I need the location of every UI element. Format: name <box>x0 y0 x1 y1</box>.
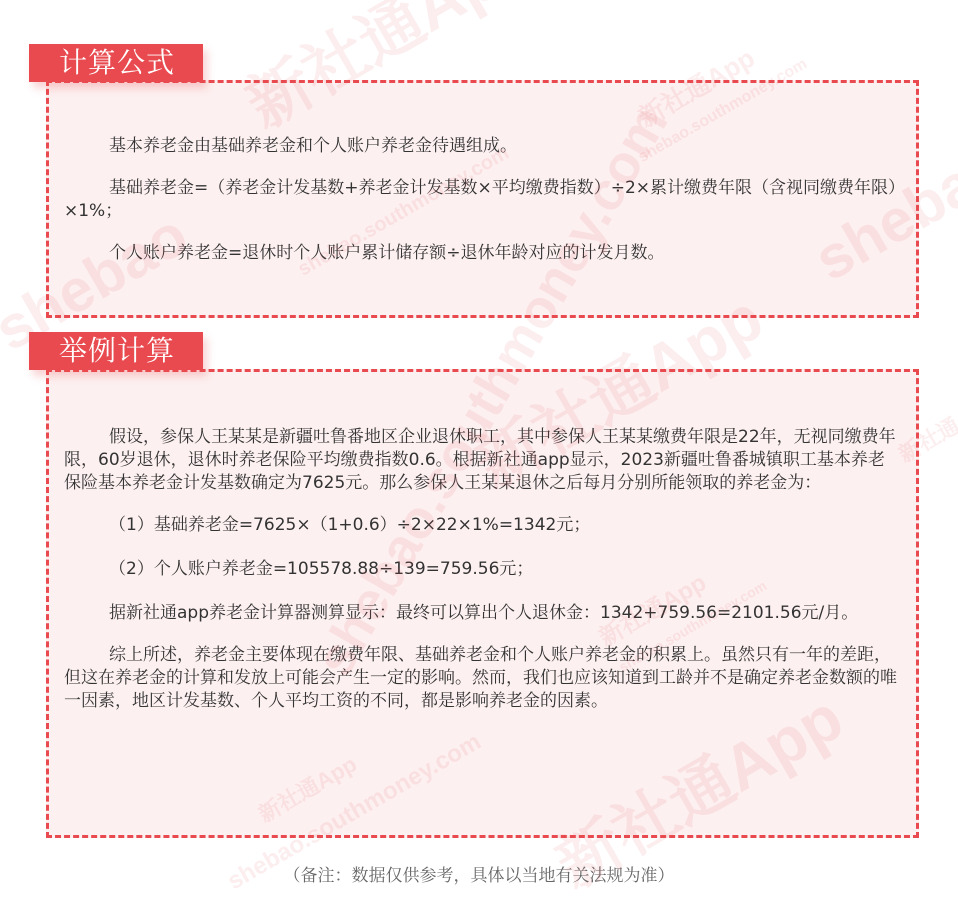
section-title-example: 举例计算 <box>29 332 203 370</box>
example-content: 假设，参保人王某某是新疆吐鲁番地区企业退休职工，其中参保人王某某缴费年限是22年… <box>64 426 898 732</box>
formula-box: 基本养老金由基础养老金和个人账户养老金待遇组成。 基础养老金=（养老金计发基数+… <box>46 80 919 318</box>
example-basic-pension-calc: （1）基础养老金=7625×（1+0.6）÷2×22×1%=1342元； <box>64 514 898 537</box>
example-box: 假设，参保人王某某是新疆吐鲁番地区企业退休职工，其中参保人王某某缴费年限是22年… <box>46 369 919 838</box>
personal-account-formula: 个人账户养老金=退休时个人账户累计储存额÷退休年龄对应的计发月数。 <box>64 242 898 265</box>
basic-pension-formula: 基础养老金=（养老金计发基数+养老金计发基数×平均缴费指数）÷2×累计缴费年限（… <box>64 177 898 223</box>
disclaimer-footnote: （备注：数据仅供参考，具体以当地有关法规为准） <box>0 861 958 886</box>
example-assumption-paragraph: 假设，参保人王某某是新疆吐鲁番地区企业退休职工，其中参保人王某某缴费年限是22年… <box>64 426 898 495</box>
formula-content: 基本养老金由基础养老金和个人账户养老金待遇组成。 基础养老金=（养老金计发基数+… <box>64 135 898 284</box>
example-summary-paragraph: 综上所述，养老金主要体现在缴费年限、基础养老金和个人账户养老金的积累上。虽然只有… <box>64 644 898 713</box>
section-title-formula: 计算公式 <box>29 44 203 82</box>
example-total-result: 据新社通app养老金计算器测算显示：最终可以算出个人退休金：1342+759.5… <box>64 602 898 625</box>
formula-intro-paragraph: 基本养老金由基础养老金和个人账户养老金待遇组成。 <box>64 135 898 158</box>
example-personal-account-calc: （2）个人账户养老金=105578.88÷139=759.56元； <box>64 558 898 581</box>
